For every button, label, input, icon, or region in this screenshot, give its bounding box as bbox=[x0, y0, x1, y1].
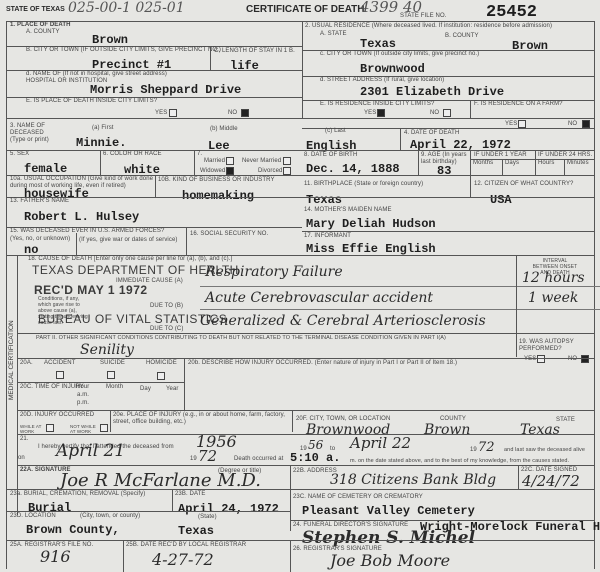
divider bbox=[172, 489, 173, 511]
farm-no-checkbox[interactable] bbox=[582, 120, 590, 128]
months-label: Months bbox=[473, 160, 493, 167]
on-label: on bbox=[18, 455, 25, 462]
funeral-director-signature: Stephen S. Michel bbox=[302, 528, 475, 548]
autopsy-label: 19. WAS AUTOPSY PERFORMED? bbox=[519, 339, 591, 353]
middle-name-label: (b) Middle bbox=[210, 126, 238, 133]
divider bbox=[290, 465, 291, 489]
divorced-label: Divorced bbox=[258, 168, 282, 175]
divider bbox=[564, 159, 565, 175]
am-label: a.m. bbox=[77, 392, 89, 399]
first-name: Minnie. bbox=[76, 136, 126, 150]
part-2-conditions: Senility bbox=[80, 342, 134, 358]
death-inside-city-no-checkbox[interactable] bbox=[241, 109, 249, 117]
divider bbox=[290, 540, 291, 572]
yes-label: YES bbox=[364, 110, 376, 117]
race-label: 6. COLOR OR RACE bbox=[103, 151, 162, 158]
divider bbox=[17, 410, 594, 411]
describe-injury-label: 20b. DESCRIBE HOW INJURY OCCURRED. (Ente… bbox=[188, 360, 457, 367]
year-label: Year bbox=[166, 386, 179, 393]
divider bbox=[6, 197, 594, 198]
death-occurred-label: Death occurred at bbox=[234, 456, 283, 463]
divider bbox=[17, 333, 594, 334]
residence-label: 2. USUAL RESIDENCE (Where deceased lived… bbox=[305, 23, 552, 30]
sex-label: 5. SEX bbox=[10, 151, 29, 158]
divider bbox=[6, 540, 594, 541]
married-label: Married bbox=[204, 158, 225, 165]
suicide-label: SUICIDE bbox=[100, 360, 125, 367]
on-year: 72 bbox=[198, 447, 217, 465]
mother-maiden-name: Mary Deliah Hudson bbox=[306, 217, 436, 231]
marital-label: 7. bbox=[197, 151, 202, 158]
part-2-label: PART II. OTHER SIGNIFICANT CONDITIONS CO… bbox=[36, 335, 446, 342]
immediate-cause: Respiratory Failure bbox=[205, 264, 343, 280]
burial-date: April 24, 1972 bbox=[178, 502, 279, 516]
month-label: Month bbox=[106, 384, 123, 391]
divider bbox=[17, 358, 594, 359]
divider bbox=[418, 150, 419, 175]
accident-label: ACCIDENT bbox=[44, 360, 75, 367]
divider bbox=[470, 100, 471, 118]
on-year-prefix: 19 bbox=[190, 456, 197, 463]
stay-label: c. LENGTH OF STAY in 1 b. bbox=[214, 48, 295, 55]
burial-state: Texas bbox=[178, 524, 214, 538]
dob-label: 8. DATE OF BIRTH bbox=[304, 152, 357, 159]
divider bbox=[17, 465, 594, 466]
armed-sub-label-2: (If yes, give war or dates of service) bbox=[79, 237, 178, 244]
injury-state: Texas bbox=[520, 422, 560, 438]
date-signed: 4/24/72 bbox=[522, 472, 580, 490]
days-label: Days bbox=[505, 160, 519, 167]
street-label: d. STREET ADDRESS (If rural, give locati… bbox=[320, 77, 444, 84]
divider bbox=[470, 175, 471, 197]
res-inside-city-no-checkbox[interactable] bbox=[443, 109, 451, 117]
industry-label: 10b. KIND OF BUSINESS OR INDUSTRY bbox=[158, 177, 275, 184]
res-inside-city-yes-checkbox[interactable] bbox=[377, 109, 385, 117]
divider bbox=[100, 150, 101, 175]
divider bbox=[302, 21, 303, 118]
yes-label: YES bbox=[155, 110, 167, 117]
divider bbox=[194, 150, 195, 175]
divider bbox=[470, 150, 471, 175]
place-of-death-label: 1. PLACE OF DEATH bbox=[10, 22, 71, 29]
date-of-death-label: 4. DATE OF DEATH bbox=[404, 130, 459, 137]
stamp-bureau: BUREAU OF VITAL STATISTICS bbox=[38, 312, 227, 326]
divider bbox=[6, 21, 594, 22]
citizen-label: 12. CITIZEN OF WHAT COUNTRY? bbox=[474, 181, 573, 188]
res-city-label: c. CITY OR TOWN (If outside city limits,… bbox=[320, 51, 479, 58]
divider bbox=[535, 150, 536, 175]
res-state: Texas bbox=[360, 37, 396, 51]
pm-label: p.m. bbox=[77, 400, 89, 407]
burial-location-label: 23d. LOCATION bbox=[10, 513, 56, 520]
death-certificate: STATE OF TEXAS 025-00-1 025-01 CERTIFICA… bbox=[0, 0, 600, 572]
autopsy-no-checkbox[interactable] bbox=[581, 355, 589, 363]
divider bbox=[186, 227, 187, 255]
divider bbox=[290, 489, 291, 531]
medical-certification-label: MEDICAL CERTIFICATION bbox=[8, 320, 15, 400]
informant-label: 17. INFORMANT bbox=[304, 233, 351, 240]
divider bbox=[400, 128, 401, 150]
res-state-label: a. STATE bbox=[320, 31, 347, 38]
due-to-b-label: DUE TO (b) bbox=[150, 303, 183, 310]
death-time-suffix: m. on the date stated above, and to the … bbox=[350, 458, 569, 465]
never-married-checkbox[interactable] bbox=[283, 157, 291, 165]
minutes-label: Minutes bbox=[567, 160, 589, 167]
yes-label: YES bbox=[505, 121, 517, 128]
handwritten-code: 025-00-1 025-01 bbox=[68, 0, 185, 16]
divider bbox=[292, 410, 293, 432]
divider bbox=[17, 255, 18, 515]
divorced-checkbox[interactable] bbox=[283, 167, 291, 175]
divider bbox=[6, 489, 594, 490]
stamp-received-date: REC'D MAY 1 1972 bbox=[34, 283, 148, 297]
state-label: STATE OF TEXAS bbox=[6, 6, 65, 13]
widowed-label: Widowed bbox=[200, 168, 225, 175]
death-time: 5:10 a. bbox=[290, 451, 340, 465]
res-county-label: b. COUNTY bbox=[445, 33, 479, 40]
divider bbox=[155, 175, 156, 197]
cemetery-name: Pleasant Valley Cemetery bbox=[302, 504, 475, 518]
father-label: 13. FATHER'S NAME bbox=[10, 198, 69, 205]
res-city: Brownwood bbox=[360, 62, 425, 76]
divider bbox=[502, 159, 503, 175]
burial-method-label: 23a. BURIAL, CREMATION, REMOVAL (Specify… bbox=[10, 491, 145, 498]
location-sub-label: (City, town, or county) bbox=[80, 513, 140, 520]
divider bbox=[200, 309, 600, 310]
county-label: a. COUNTY bbox=[26, 29, 60, 36]
death-county: Brown bbox=[92, 33, 128, 47]
informant: Miss Effie English bbox=[306, 242, 436, 256]
birthplace: Texas bbox=[306, 193, 342, 207]
divider bbox=[17, 382, 184, 383]
certificate-title: CERTIFICATE OF DEATH bbox=[246, 4, 365, 15]
to-year-prefix: 19 bbox=[470, 447, 477, 454]
death-inside-city-yes-checkbox[interactable] bbox=[169, 109, 177, 117]
homicide-checkbox[interactable] bbox=[157, 372, 165, 380]
sex: female bbox=[24, 162, 67, 176]
while-at-work-checkbox[interactable] bbox=[46, 424, 54, 432]
name-label: 3. NAME OF DECEASED (Type or print) bbox=[10, 123, 60, 144]
state-file-number: 25452 bbox=[486, 3, 537, 22]
divider bbox=[518, 465, 519, 489]
last-saw-text: and last saw the deceased alive bbox=[504, 447, 585, 454]
divider bbox=[200, 286, 600, 287]
divider bbox=[516, 333, 517, 357]
to-year: 72 bbox=[478, 440, 495, 455]
not-while-at-work-checkbox[interactable] bbox=[100, 424, 108, 432]
mother-label: 14. MOTHER'S MAIDEN NAME bbox=[304, 207, 392, 214]
hour-label: Hour bbox=[76, 384, 89, 391]
place-of-injury-label: 20e. PLACE OF INJURY (e.g., in or about … bbox=[113, 412, 291, 426]
ssn-label: 16. SOCIAL SECURITY NO. bbox=[190, 231, 268, 238]
farm-label: f. IS RESIDENCE ON A FARM? bbox=[474, 101, 563, 108]
inside-city-label: e. IS PLACE OF DEATH INSIDE CITY LIMITS? bbox=[26, 98, 157, 105]
no-label: NO bbox=[228, 110, 237, 117]
cemetery-label: 23c. NAME OF CEMETERY OR CREMATORY bbox=[293, 494, 423, 501]
city-label: b. CITY OR TOWN (If outside city limits,… bbox=[26, 47, 221, 54]
no-label: NO bbox=[568, 121, 577, 128]
widowed-checkbox[interactable] bbox=[226, 167, 234, 175]
armed-forces-label: 15. WAS DECEASED EVER IN U.S. ARMED FORC… bbox=[10, 228, 164, 235]
autopsy-yes-checkbox[interactable] bbox=[537, 355, 545, 363]
divider bbox=[302, 231, 594, 232]
birthplace-label: 11. BIRTHPLACE (State or foreign country… bbox=[304, 181, 423, 188]
divider bbox=[594, 21, 595, 569]
married-checkbox[interactable] bbox=[226, 157, 234, 165]
accident-checkbox[interactable] bbox=[56, 371, 64, 379]
suicide-checkbox[interactable] bbox=[107, 371, 115, 379]
divider bbox=[6, 21, 7, 569]
no-label: NO bbox=[430, 110, 439, 117]
res-inside-city-label: e. IS RESIDENCE INSIDE CITY LIMITS? bbox=[320, 101, 434, 108]
divider bbox=[110, 410, 111, 432]
cause-of-death-label: 18. CAUSE OF DEATH [Enter only one cause… bbox=[28, 256, 232, 263]
degree-label: (Degree or title) bbox=[218, 468, 261, 475]
divider bbox=[17, 434, 594, 435]
physician-address: 318 Citizens Bank Bldg bbox=[330, 472, 496, 488]
divider bbox=[302, 150, 594, 151]
father-name: Robert L. Hulsey bbox=[24, 210, 139, 224]
citizenship: USA bbox=[490, 193, 512, 207]
divider bbox=[516, 255, 517, 333]
never-married-label: Never Married bbox=[242, 158, 281, 165]
farm-yes-checkbox[interactable] bbox=[518, 120, 526, 128]
not-while-at-work-label: NOT WHILE AT WORK bbox=[70, 424, 98, 434]
registrar-file-no: 916 bbox=[40, 547, 71, 566]
burial-date-label: 23b. DATE bbox=[175, 491, 205, 498]
industry: homemaking bbox=[182, 189, 254, 203]
divider bbox=[184, 358, 185, 410]
state-file-label: STATE FILE NO. bbox=[400, 13, 447, 20]
due-to-b: Acute Cerebrovascular accident bbox=[205, 290, 433, 306]
divider bbox=[76, 233, 77, 255]
registrar-signature: Joe Bob Moore bbox=[330, 551, 450, 570]
last-seen-date: April 21 bbox=[56, 441, 125, 461]
injury-county: Brown bbox=[424, 422, 470, 438]
time-of-injury-label: 20c. TIME OF INJURY bbox=[20, 384, 84, 391]
state-sub-label: (State) bbox=[198, 514, 217, 521]
due-to-c-label: DUE TO (c) bbox=[150, 326, 183, 333]
armed-sub-label: (Yes, no, or unknown) bbox=[10, 236, 70, 243]
interval-b: 1 week bbox=[528, 290, 578, 306]
date-received-label: 25b. DATE REC'D BY LOCAL REGISTRAR bbox=[126, 542, 246, 549]
homicide-label: HOMICIDE bbox=[146, 360, 177, 367]
res-street: 2301 Elizabeth Drive bbox=[360, 85, 504, 99]
divider bbox=[123, 540, 124, 572]
while-at-work-label: WHILE AT WORK bbox=[20, 424, 42, 434]
injury-occurred-label: 20d. INJURY OCCURRED bbox=[20, 412, 94, 419]
first-name-label: (a) First bbox=[92, 125, 114, 132]
attended-to: April 22 bbox=[350, 434, 411, 452]
date-received: 4-27-72 bbox=[152, 550, 214, 569]
day-label: Day bbox=[140, 386, 151, 393]
divider bbox=[6, 118, 594, 119]
burial-location: Brown County, bbox=[26, 523, 120, 537]
interval-a: 12 hours bbox=[522, 270, 585, 286]
hospital-name: Morris Sheppard Drive bbox=[90, 83, 241, 97]
divider bbox=[210, 46, 211, 70]
item-21-label: 21. bbox=[20, 436, 29, 443]
due-to-c: Generalized & Cerebral Arteriosclerosis bbox=[200, 313, 486, 329]
hours-label: Hours bbox=[538, 160, 555, 167]
under-24-hrs-label: IF UNDER 24 HRS. bbox=[538, 152, 592, 159]
from-year: 56 bbox=[308, 438, 323, 452]
last-name-label: (c) Last bbox=[325, 128, 346, 135]
under-1-year-label: IF UNDER 1 YEAR bbox=[474, 152, 527, 159]
date-of-birth: Dec. 14, 1888 bbox=[306, 162, 400, 176]
divider bbox=[6, 511, 290, 512]
injury-type-label: 20a. bbox=[20, 360, 33, 367]
